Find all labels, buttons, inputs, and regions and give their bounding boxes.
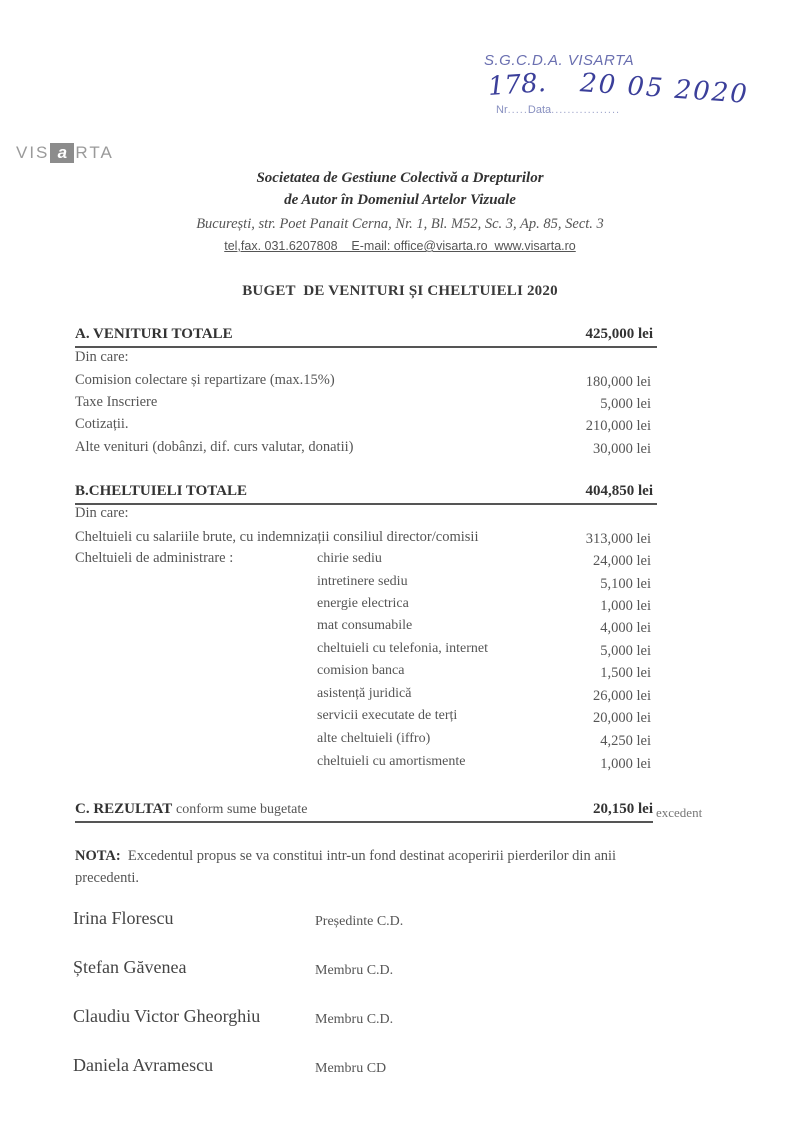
administrare-item-amount: 20,000 lei	[593, 710, 651, 727]
org-name-line1: Societatea de Gestiune Colectivă a Drept…	[0, 170, 800, 187]
logo-prefix: VIS	[16, 143, 49, 163]
signatory-name: Claudiu Victor Gheorghiu	[73, 1006, 260, 1027]
venituri-item-label: Alte venituri (dobânzi, dif. curs valuta…	[75, 439, 353, 456]
venituri-label: A. VENITURI TOTALE	[75, 326, 233, 342]
section-rezultat-header: C. REZULTAT conform sume bugetate 20,150…	[75, 801, 653, 823]
administrare-item-label: servicii executate de terți	[317, 708, 457, 724]
cheltuieli-total: 404,850 lei	[586, 483, 654, 500]
signatory-name: Ștefan Găvenea	[73, 957, 186, 978]
signatory-role: Membru CD	[315, 1061, 386, 1077]
administrare-item-label: cheltuieli cu amortismente	[317, 754, 466, 770]
administrare-item-amount: 1,000 lei	[600, 598, 651, 615]
venituri-item-amount: 30,000 lei	[593, 441, 651, 458]
administrare-item-amount: 4,000 lei	[600, 620, 651, 637]
administrare-item-amount: 5,000 lei	[600, 643, 651, 660]
administrare-item-amount: 1,500 lei	[600, 665, 651, 682]
venituri-din-care: Din care:	[75, 349, 129, 366]
cheltuieli-label: B.CHELTUIELI TOTALE	[75, 483, 247, 499]
administrare-label: Cheltuieli de administrare :	[75, 550, 233, 567]
administrare-item-label: alte cheltuieli (iffro)	[317, 731, 430, 747]
administrare-item-label: intretinere sediu	[317, 574, 408, 590]
administrare-item-label: comision banca	[317, 663, 404, 679]
registration-stamp: S.G.C.D.A. VISARTA 178. 20 05 2020 Nr...…	[470, 48, 750, 128]
salarii-label: Cheltuieli cu salariile brute, cu indemn…	[75, 529, 478, 546]
venituri-total: 425,000 lei	[586, 326, 654, 343]
signatory-role: Membru C.D.	[315, 1012, 393, 1028]
administrare-item-amount: 26,000 lei	[593, 688, 651, 705]
venituri-item-label: Comision colectare și repartizare (max.1…	[75, 372, 335, 389]
administrare-item-amount: 24,000 lei	[593, 553, 651, 570]
administrare-item-label: chirie sediu	[317, 551, 382, 567]
section-venituri-header: A. VENITURI TOTALE 425,000 lei	[75, 326, 657, 348]
rezultat-amount: 20,150 lei	[593, 801, 653, 818]
stamp-organization: S.G.C.D.A. VISARTA	[484, 52, 634, 69]
rezultat-label: C. REZULTAT	[75, 801, 172, 817]
org-address: București, str. Poet Panait Cerna, Nr. 1…	[0, 216, 800, 233]
document-title: BUGET DE VENITURI ȘI CHELTUIELI 2020	[0, 283, 800, 300]
administrare-item-label: cheltuieli cu telefonia, internet	[317, 641, 488, 657]
rezultat-sublabel: conform sume bugetate	[176, 802, 307, 817]
org-name-line2: de Autor în Domeniul Artelor Vizuale	[0, 192, 800, 209]
rezultat-type: excedent	[656, 805, 702, 821]
section-cheltuieli-header: B.CHELTUIELI TOTALE 404,850 lei	[75, 483, 657, 505]
nota-block: NOTA: Excedentul propus se va constitui …	[75, 845, 675, 889]
signatory-role: Președinte C.D.	[315, 914, 403, 930]
administrare-item-amount: 4,250 lei	[600, 733, 651, 750]
contact-line: tel,fax. 031.6207808 E-mail: office@visa…	[224, 239, 576, 253]
stamp-labels: Nr.....Data.................	[496, 104, 620, 116]
logo-highlight: a	[50, 143, 74, 163]
venituri-item-label: Taxe Inscriere	[75, 394, 157, 411]
administrare-item-amount: 1,000 lei	[600, 756, 651, 773]
stamp-nr-label: Nr	[496, 104, 508, 116]
logo-suffix: RTA	[75, 143, 113, 163]
nota-text: Excedentul propus se va constitui intr-u…	[75, 848, 616, 886]
nota-label: NOTA	[75, 848, 116, 864]
administrare-item-label: energie electrica	[317, 596, 409, 612]
visarta-logo: VISaRTA	[16, 143, 114, 163]
administrare-item-amount: 5,100 lei	[600, 576, 651, 593]
signatory-name: Irina Florescu	[73, 908, 173, 929]
signatory-role: Membru C.D.	[315, 963, 393, 979]
venituri-item-amount: 5,000 lei	[600, 396, 651, 413]
administrare-item-label: mat consumabile	[317, 618, 412, 634]
administrare-item-label: asistență juridică	[317, 686, 411, 702]
cheltuieli-din-care: Din care:	[75, 505, 129, 522]
salarii-amount: 313,000 lei	[586, 531, 651, 548]
stamp-number: 178.	[487, 68, 547, 102]
venituri-item-amount: 180,000 lei	[586, 374, 651, 391]
signatory-name: Daniela Avramescu	[73, 1055, 213, 1076]
stamp-data-label: Data	[528, 104, 551, 116]
venituri-item-amount: 210,000 lei	[586, 418, 651, 435]
venituri-item-label: Cotizații.	[75, 416, 129, 433]
org-contact: tel,fax. 031.6207808 E-mail: office@visa…	[0, 239, 800, 253]
